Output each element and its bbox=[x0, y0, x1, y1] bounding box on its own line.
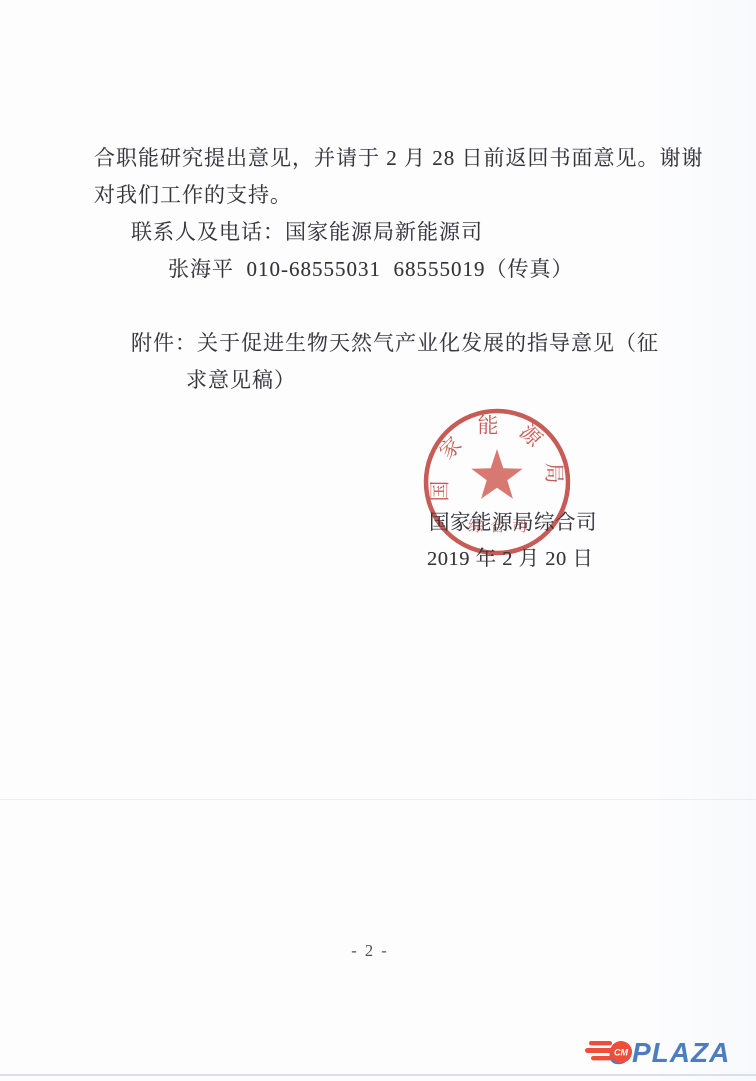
cplaza-watermark-logo: C CM PLAZA bbox=[584, 1033, 730, 1073]
scan-bottom-edge bbox=[0, 1074, 756, 1076]
attachment-line-2: 求意见稿） bbox=[186, 364, 296, 394]
body-line-1: 合职能研究提出意见，并请于 2 月 28 日前返回书面意见。谢谢 bbox=[94, 142, 704, 172]
signature-date: 2019 年 2 月 20 日 bbox=[427, 541, 593, 571]
scanned-document-page: 合职能研究提出意见，并请于 2 月 28 日前返回书面意见。谢谢 对我们工作的支… bbox=[0, 0, 756, 1081]
signature-issuer: 国家能源局综合司 bbox=[429, 505, 597, 535]
star-icon bbox=[471, 449, 522, 499]
scan-fold-line bbox=[0, 799, 756, 800]
official-red-seal: 国家能源局 综合司 bbox=[417, 402, 577, 562]
attachment-line-1: 附件：关于促进生物天然气产业化发展的指导意见（征 bbox=[131, 327, 659, 357]
logo-wordmark: PLAZA bbox=[632, 1033, 730, 1073]
flame-stroke-top bbox=[589, 1041, 612, 1045]
flame-stroke-middle bbox=[585, 1048, 614, 1053]
flame-comet-icon: C CM bbox=[584, 1033, 636, 1073]
contact-line: 联系人及电话：国家能源局新能源司 bbox=[131, 216, 483, 246]
contact-detail-line: 张海平 010-68555031 68555019（传真） bbox=[168, 253, 574, 283]
body-line-2: 对我们工作的支持。 bbox=[94, 179, 292, 209]
flame-stroke-bottom bbox=[591, 1056, 612, 1060]
comet-badge-text: CM bbox=[614, 1048, 628, 1058]
page-number: - 2 - bbox=[0, 941, 740, 961]
